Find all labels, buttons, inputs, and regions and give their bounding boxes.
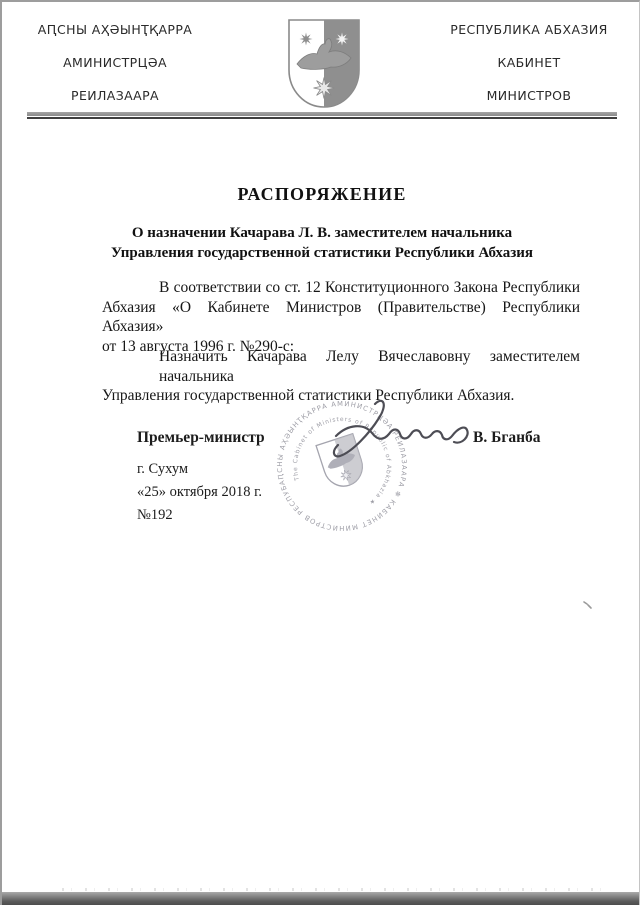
document-subtitle: О назначении Качарава Л. В. заместителем…: [72, 223, 572, 263]
document-number: №192: [137, 507, 173, 524]
issue-date: «25» октября 2018 г.: [137, 484, 262, 501]
scan-noise-speckles: [62, 888, 602, 891]
header-right-line3: МИНИСТРОВ: [444, 88, 614, 103]
subtitle-line2: Управления государственной статистики Ре…: [72, 243, 572, 263]
scan-edge-shadow: [2, 892, 640, 905]
coat-of-arms-icon: [286, 17, 362, 116]
official-seal-and-signature: АԤСНЫ АҲӘЫНҬҚАРРА АМИНИСТРЦӘА РЕИЛАЗААРА…: [252, 390, 492, 545]
signatory-position: Премьер-министр: [137, 429, 265, 447]
signatory-name: В. Бганба: [473, 429, 541, 447]
header-right-line2: КАБИНЕТ: [444, 55, 614, 70]
header-left-org: АԤСНЫ АҲӘЫНҬҚАРРА АМИНИСТРЦӘА РЕИЛАЗААРА: [30, 22, 200, 121]
subtitle-line1: О назначении Качарава Л. В. заместителем…: [72, 223, 572, 243]
document-title: РАСПОРЯЖЕНИЕ: [2, 184, 640, 205]
header-divider-rule: [27, 112, 617, 119]
round-seal: АԤСНЫ АҲӘЫНҬҚАРРА АМИНИСТРЦӘА РЕИЛАЗААРА…: [252, 390, 425, 540]
header-right-org: РЕСПУБЛИКА АБХАЗИЯ КАБИНЕТ МИНИСТРОВ: [444, 22, 614, 121]
scan-smudge-mark: [582, 597, 594, 607]
header-left-line3: РЕИЛАЗААРА: [30, 88, 200, 103]
header-left-line1: АԤСНЫ АҲӘЫНҬҚАРРА: [30, 22, 200, 37]
issue-city: г. Сухум: [137, 461, 188, 478]
paragraph-legal-basis: В соответствии со ст. 12 Конституционног…: [102, 278, 580, 356]
p2-line1: Назначить Качарава Лелу Вячеславовну зам…: [102, 347, 580, 386]
p1-line1: В соответствии со ст. 12 Конституционног…: [102, 278, 580, 298]
p1-line2: Абхазия «О Кабинете Министров (Правитель…: [102, 298, 580, 337]
header-left-line2: АМИНИСТРЦӘА: [30, 55, 200, 70]
document-page: АԤСНЫ АҲӘЫНҬҚАРРА АМИНИСТРЦӘА РЕИЛАЗААРА…: [0, 0, 640, 905]
header-right-line1: РЕСПУБЛИКА АБХАЗИЯ: [444, 22, 614, 37]
